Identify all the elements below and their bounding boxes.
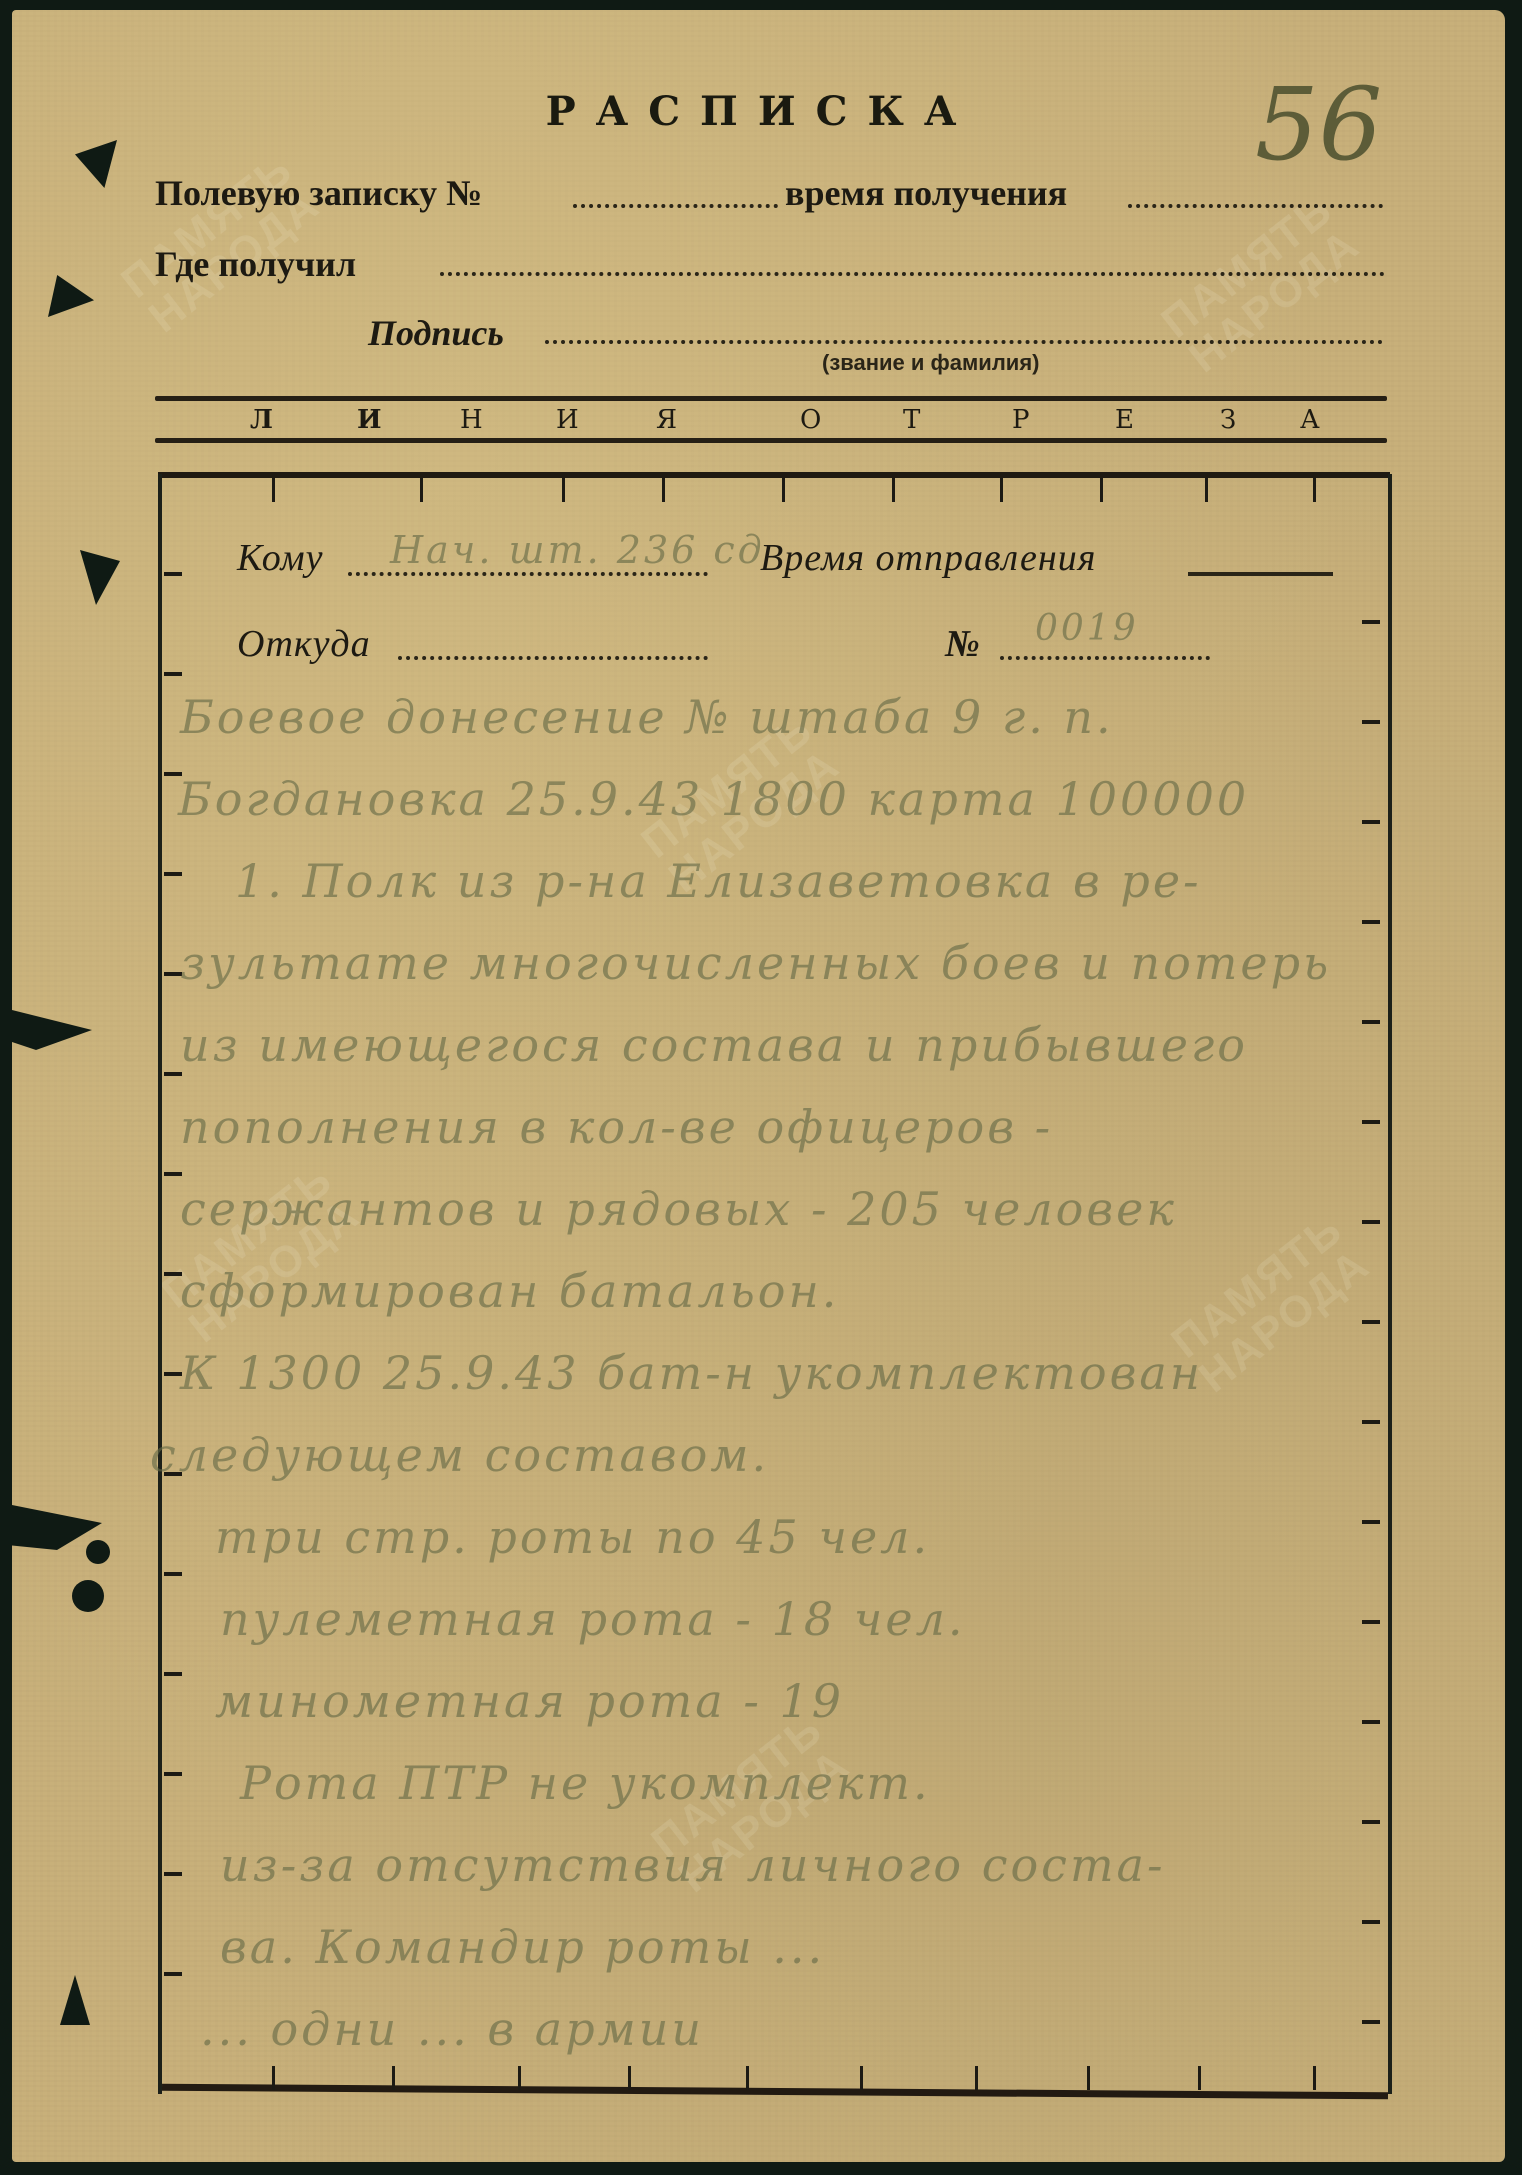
ruler-tick	[272, 478, 275, 502]
signature-label: Подпись	[368, 312, 504, 354]
handwritten-line: ва. Командир роты ...	[220, 1920, 825, 1974]
handwritten-line: из имеющегося состава и прибывшего	[180, 1018, 1248, 1072]
ruler-tick	[746, 2066, 749, 2090]
handwritten-line: Богдановка 25.9.43 1800 карта 100000	[178, 772, 1249, 826]
margin-tick	[164, 1072, 182, 1076]
ruler-tick	[272, 2066, 275, 2090]
margin-tick	[164, 1872, 182, 1876]
from-field[interactable]	[398, 656, 708, 660]
from-label: Откуда	[237, 622, 371, 666]
where-received-label: Где получил	[155, 243, 356, 285]
handwritten-line: из-за отсутствия личного соста-	[220, 1838, 1166, 1892]
handwritten-line: ... одни ... в армии	[200, 2002, 704, 2056]
ruler-tick	[892, 478, 895, 502]
cut-line-top-rule	[155, 396, 1387, 401]
cut-line-letter: Н	[460, 405, 483, 435]
time-received-field[interactable]	[1128, 204, 1383, 208]
handwritten-line: сержантов и рядовых - 205 человек	[180, 1182, 1177, 1236]
ruler-tick	[782, 478, 785, 502]
binder-hole	[72, 1580, 104, 1612]
handwritten-line: сформирован батальон.	[180, 1264, 839, 1318]
ruler-tick	[1100, 478, 1103, 502]
ruler-tick	[1313, 478, 1316, 502]
margin-tick	[1362, 820, 1380, 824]
margin-tick	[1362, 1220, 1380, 1224]
send-time-label: Время отправления	[760, 536, 1096, 580]
to-value: Нач. шт. 236 сд	[390, 528, 765, 572]
margin-tick	[1362, 1820, 1380, 1824]
ruler-tick	[420, 478, 423, 502]
signature-caption: (звание и фамилия)	[822, 350, 1039, 376]
margin-tick	[164, 572, 182, 576]
ruler-tick	[1205, 478, 1208, 502]
receipt-title: РАСПИСКА	[0, 88, 1522, 135]
margin-tick	[164, 1172, 182, 1176]
cut-line-bottom-rule	[155, 438, 1387, 443]
cut-line-letter: Е	[1115, 405, 1134, 435]
handwritten-line: Боевое донесение № штаба 9 г. п.	[180, 690, 1114, 744]
cut-line-letter: О	[800, 405, 821, 435]
margin-tick	[1362, 720, 1380, 724]
handwritten-line: три стр. роты по 45 чел.	[215, 1510, 930, 1564]
binder-hole	[86, 1540, 110, 1564]
handwritten-line: минометная рота - 19	[215, 1674, 844, 1728]
ruler-tick	[975, 2066, 978, 2090]
margin-tick	[164, 1572, 182, 1576]
time-received-label: время получения	[785, 172, 1067, 214]
field-note-number-field[interactable]	[573, 204, 778, 208]
handwritten-line: пополнения в кол-ве офицеров -	[180, 1100, 1053, 1154]
cut-line-letter: И	[357, 405, 382, 435]
cut-line-letter: З	[1220, 405, 1236, 435]
where-received-field[interactable]	[440, 272, 1385, 276]
handwritten-line: пулеметная рота - 18 чел.	[220, 1592, 965, 1646]
handwritten-line: следующем составом.	[150, 1428, 769, 1482]
cut-line-letter: Я	[656, 405, 677, 435]
cut-line-letter: И	[556, 405, 579, 435]
send-time-field[interactable]	[1188, 572, 1333, 576]
margin-tick	[1362, 1120, 1380, 1124]
margin-tick	[164, 1772, 182, 1776]
handwritten-line: зультате многочисленных боев и потерь	[180, 936, 1331, 990]
ruler-tick	[562, 478, 565, 502]
cut-line-letter: Л	[250, 405, 273, 435]
to-field[interactable]	[348, 572, 708, 576]
ruler-tick	[1000, 478, 1003, 502]
margin-tick	[1362, 2020, 1380, 2024]
field-note-label: Полевую записку №	[155, 172, 482, 214]
ruler-tick	[1198, 2066, 1201, 2090]
margin-tick	[164, 1972, 182, 1976]
margin-tick	[1362, 1920, 1380, 1924]
ruler-tick	[662, 478, 665, 502]
margin-tick	[1362, 620, 1380, 624]
ruler-tick	[1313, 2066, 1316, 2090]
margin-tick	[1362, 1320, 1380, 1324]
margin-tick	[1362, 1720, 1380, 1724]
number-value: 0019	[1035, 608, 1139, 649]
number-label: №	[945, 622, 981, 666]
ruler-tick	[518, 2066, 521, 2090]
margin-tick	[164, 672, 182, 676]
ruler-tick	[392, 2066, 395, 2090]
cut-line-letter: Т	[903, 405, 920, 435]
ruler-tick	[628, 2066, 631, 2090]
to-label: Кому	[237, 536, 323, 580]
margin-tick	[164, 872, 182, 876]
number-field[interactable]	[1000, 656, 1210, 660]
ruler-tick	[860, 2066, 863, 2090]
margin-tick	[1362, 1420, 1380, 1424]
cut-line-letter: Р	[1012, 405, 1030, 435]
margin-tick	[1362, 1620, 1380, 1624]
handwritten-line: К 1300 25.9.43 бат-н укомплектован	[180, 1346, 1203, 1400]
handwritten-line: Рота ПТР не укомплект.	[240, 1756, 931, 1810]
margin-tick	[1362, 1520, 1380, 1524]
cut-line-letter: А	[1300, 405, 1320, 435]
margin-tick	[1362, 920, 1380, 924]
margin-tick	[1362, 1020, 1380, 1024]
handwritten-line: 1. Полк из р-на Елизаветовка в ре-	[235, 854, 1202, 908]
signature-field[interactable]	[545, 340, 1383, 344]
ruler-tick	[1087, 2066, 1090, 2090]
margin-tick	[164, 1672, 182, 1676]
